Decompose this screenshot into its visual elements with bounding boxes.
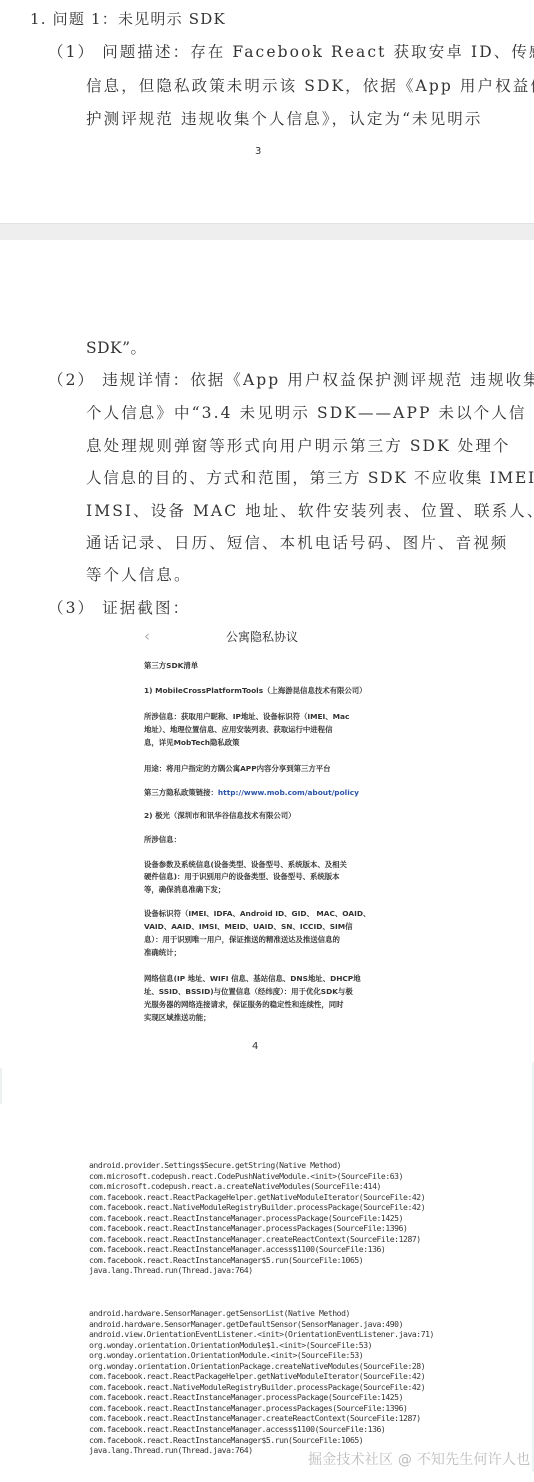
trace-line: android.hardware.SensorManager.getSensor… xyxy=(89,1308,434,1319)
sdk-2-info-label: 所涉信息： xyxy=(144,834,181,845)
trace-line: org.wonday.orientation.OrientationModule… xyxy=(89,1350,434,1361)
trace-line: com.facebook.react.ReactPackageHelper.ge… xyxy=(89,1192,425,1203)
trace-line: com.facebook.react.ReactInstanceManager.… xyxy=(89,1213,425,1224)
trace-line: java.lang.Thread.run(Thread.java:764) xyxy=(89,1265,425,1276)
sdk-1-info-line-3: 息，详见MobTech隐私政策 xyxy=(144,737,240,748)
sdk-1-purpose: 用途：将用户指定的方隅公寓APP内容分享到第三方平台 xyxy=(144,763,331,774)
sdk-1-policy: 第三方隐私政策链接：http://www.mob.com/about/polic… xyxy=(144,787,359,798)
sdk-1-info-line-2: 地址）、地理位置信息、应用安装列表、获取运行中进程信 xyxy=(144,724,332,735)
stack-trace-android-id: android.provider.Settings$Secure.getStri… xyxy=(89,1160,425,1276)
trace-line: com.facebook.react.ReactInstanceManager.… xyxy=(89,1424,434,1435)
trace-line: org.wonday.orientation.OrientationModule… xyxy=(89,1340,434,1351)
trace-line: com.facebook.react.NativeModuleRegistryB… xyxy=(89,1382,434,1393)
evidence-label: （3） 证据截图： xyxy=(48,596,190,618)
trace-line: com.facebook.react.ReactInstanceManager.… xyxy=(89,1403,434,1414)
sdk-2-device-id-line-1: 设备标识符（IMEI、IDFA、Android ID、GID、 MAC、OAID… xyxy=(144,908,370,919)
violation-detail-line-1: （2） 违规详情：依据《App 用户权益保护测评规范 违规收集 xyxy=(48,368,534,390)
trace-line: com.microsoft.codepush.react.CodePushNat… xyxy=(89,1171,425,1182)
issue-heading: 1. 问题 1：未见明示 SDK xyxy=(30,8,226,29)
issue-description-line-2: 信息，但隐私政策未明示该 SDK，依据《App 用户权益保 xyxy=(86,74,534,96)
issue-description-tail: SDK”。 xyxy=(86,336,147,358)
violation-detail-line-4: 人信息的目的、方式和范围，第三方 SDK 不应收集 IMEI、 xyxy=(86,466,534,488)
trace-line: com.microsoft.codepush.react.a.createNat… xyxy=(89,1181,425,1192)
trace-line: android.provider.Settings$Secure.getStri… xyxy=(89,1160,425,1171)
trace-line: com.facebook.react.NativeModuleRegistryB… xyxy=(89,1202,425,1213)
sdk-2-device-id-line-3: 息）：用于识别唯一用户，保证推送的精准送达及推送信息的 xyxy=(144,934,340,945)
sdk-2-device-params-line-3: 等，确保消息准确下发； xyxy=(144,884,225,895)
sdk-2-device-params-line-2: 硬件信息)：用于识别用户的设备类型、设备型号、系统版本 xyxy=(144,871,340,882)
page-number: 3 xyxy=(255,146,261,157)
sdk-2-network-line-4: 实现区域推送功能； xyxy=(144,1012,211,1023)
page-edge xyxy=(0,1068,2,1104)
sdk-list-heading: 第三方SDK清单 xyxy=(144,660,198,671)
trace-line: com.facebook.react.ReactInstanceManager$… xyxy=(89,1255,425,1266)
trace-line: com.facebook.react.ReactInstanceManager.… xyxy=(89,1392,434,1403)
evidence-screenshot: ‹ 公寓隐私协议 第三方SDK清单 1) MobileCrossPlatform… xyxy=(132,620,392,1030)
trace-line: com.facebook.react.ReactInstanceManager.… xyxy=(89,1413,434,1424)
policy-link[interactable]: http://www.mob.com/about/policy xyxy=(218,788,359,797)
sdk-2-network-line-2: 址、SSID、BSSID)与位置信息（经纬度）：用于优化SDK与极 xyxy=(144,986,353,997)
trace-line: com.facebook.react.ReactInstanceManager.… xyxy=(89,1234,425,1245)
page-separator xyxy=(0,223,534,241)
trace-line: android.hardware.SensorManager.getDefaul… xyxy=(89,1319,434,1330)
violation-detail-line-2: 个人信息》中“3.4 未见明示 SDK——APP 未以个人信 xyxy=(86,401,527,423)
sdk-2-device-id-line-2: VAID、AAID、IMSI、MEID、UAID、SN、ICCID、SIM信 xyxy=(144,921,353,932)
trace-line: com.facebook.react.ReactInstanceManager$… xyxy=(89,1435,434,1446)
watermark: 掘金技术社区 @ 不知先生何许人也 xyxy=(308,1449,530,1469)
issue-description-line-1: （1） 问题描述：存在 Facebook React 获取安卓 ID、传感器 xyxy=(48,40,534,62)
violation-detail-line-3: 息处理规则弹窗等形式向用户明示第三方 SDK 处理个 xyxy=(86,434,511,456)
screenshot-title: 公寓隐私协议 xyxy=(132,628,392,645)
truncated-text-line xyxy=(89,1474,229,1482)
document-page-3: 1. 问题 1：未见明示 SDK （1） 问题描述：存在 Facebook Re… xyxy=(0,0,534,223)
sdk-1-name: 1) MobileCrossPlatformTools（上海游昆信息技术有限公司… xyxy=(144,685,367,696)
trace-line: android.view.OrientationEventListener.<i… xyxy=(89,1329,434,1340)
sdk-2-network-line-1: 网络信息(IP 地址、WIFI 信息、基站信息、DNS地址、DHCP地 xyxy=(144,973,361,984)
sdk-2-device-params-line-1: 设备参数及系统信息(设备类型、设备型号、系统版本、及相关 xyxy=(144,859,347,870)
trace-line: com.facebook.react.ReactInstanceManager.… xyxy=(89,1244,425,1255)
trace-line: org.wonday.orientation.OrientationPackag… xyxy=(89,1361,434,1372)
stack-trace-sensor: android.hardware.SensorManager.getSensor… xyxy=(89,1308,434,1456)
violation-detail-line-6: 通话记录、日历、短信、本机电话号码、图片、音视频 xyxy=(86,531,508,553)
violation-detail-line-5: IMSI、设备 MAC 地址、软件安装列表、位置、联系人、 xyxy=(86,499,534,521)
issue-description-line-3: 护测评规范 违规收集个人信息》，认定为“未见明示 xyxy=(86,107,483,129)
sdk-2-device-id-line-4: 准确统计； xyxy=(144,947,181,958)
violation-detail-line-7: 等个人信息。 xyxy=(86,563,192,585)
sdk-1-info-line-1: 所涉信息：获取用户昵称、IP地址、设备标识符（IMEI、Mac xyxy=(144,711,349,722)
trace-line: com.facebook.react.ReactInstanceManager.… xyxy=(89,1223,425,1234)
policy-link-label: 第三方隐私政策链接： xyxy=(144,788,218,797)
page-number: 4 xyxy=(252,1041,258,1052)
sdk-2-network-line-3: 光服务器的网络连接请求，保证服务的稳定性和连续性，同时 xyxy=(144,999,344,1010)
sdk-2-name: 2) 极光（深圳市和讯华谷信息技术有限公司） xyxy=(144,810,296,821)
trace-line: com.facebook.react.ReactPackageHelper.ge… xyxy=(89,1371,434,1382)
